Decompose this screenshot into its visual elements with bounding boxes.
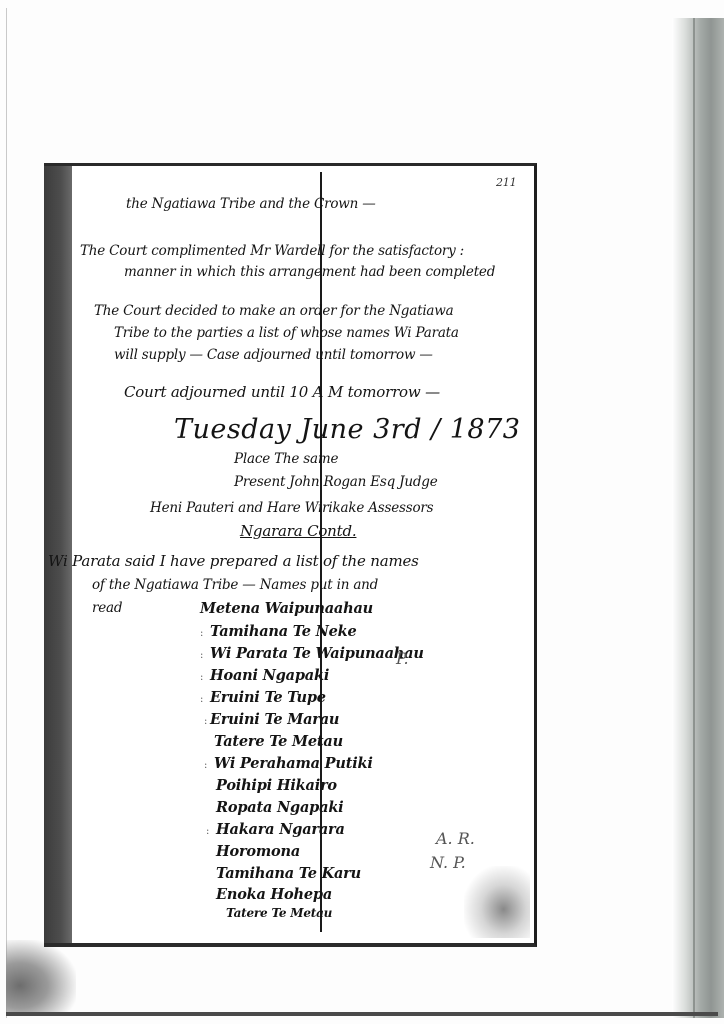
margin-note: A. R. (436, 829, 475, 848)
text-line: the Ngatiawa Tribe and the Crown — (126, 196, 376, 212)
scan-bottom-edge (6, 1012, 718, 1016)
margin-note: P. (396, 649, 409, 668)
list-item: Tatere Te Metau (226, 906, 332, 920)
list-mark: : (200, 628, 203, 639)
case-title: Ngarara Contd. (240, 522, 356, 540)
session-assessors: Heni Pauteri and Hare Wirikake Assessors (150, 500, 433, 516)
list-item: Tatere Te Metau (214, 733, 343, 750)
list-item: Ropata Ngapaki (216, 799, 343, 816)
text-line: will supply — Case adjourned until tomor… (114, 347, 433, 363)
scan-right-edge-crease (693, 18, 695, 1018)
text-line: The Court complimented Mr Wardell for th… (80, 243, 464, 259)
testimony-line: of the Ngatiawa Tribe — Names put in and (92, 577, 378, 593)
list-mark: : (204, 716, 207, 727)
list-mark: : (206, 826, 209, 837)
text-line: Tribe to the parties a list of whose nam… (114, 325, 459, 341)
list-mark: : (204, 760, 207, 771)
text-line: Court adjourned until 10 A M tomorrow — (124, 383, 440, 401)
list-item: Horomona (216, 843, 300, 860)
list-item: Wi Perahama Putiki (214, 755, 373, 772)
session-present: Present John Rogan Esq Judge (234, 474, 438, 490)
session-place: Place The same (234, 451, 338, 467)
list-item: Wi Parata Te Waipunaahau (210, 645, 424, 662)
ink-stain (464, 866, 530, 938)
scan-left-edge (6, 8, 7, 1018)
list-mark: : (200, 672, 203, 683)
scanned-page: 211 the Ngatiawa Tribe and the Crown — T… (0, 0, 724, 1024)
list-mark: : (200, 650, 203, 661)
session-date: Tuesday June 3rd / 1873 (174, 414, 520, 445)
scan-smudge (6, 940, 76, 1016)
testimony-line: read (92, 600, 122, 616)
list-item: Eruini Te Tupe (210, 689, 326, 706)
text-line: The Court decided to make an order for t… (94, 303, 454, 319)
page-number: 211 (496, 176, 516, 189)
list-item: Tamihana Te Neke (210, 623, 357, 640)
list-item: Tamihana Te Karu (216, 865, 361, 882)
list-item: Poihipi Hikairo (216, 777, 337, 794)
minute-book-page: 211 the Ngatiawa Tribe and the Crown — T… (44, 163, 537, 947)
list-item: Enoka Hohepa (216, 886, 332, 903)
scan-right-edge-shadow (672, 18, 724, 1018)
testimony-line: Wi Parata said I have prepared a list of… (48, 552, 419, 570)
list-item: Hakara Ngarara (216, 821, 345, 838)
list-item: Hoani Ngapaki (210, 667, 329, 684)
list-mark: : (200, 694, 203, 705)
text-line: manner in which this arrangement had bee… (124, 264, 495, 280)
list-item: Metena Waipunaahau (200, 600, 373, 617)
list-item: Eruini Te Marau (210, 711, 339, 728)
margin-note: N. P. (430, 853, 466, 872)
